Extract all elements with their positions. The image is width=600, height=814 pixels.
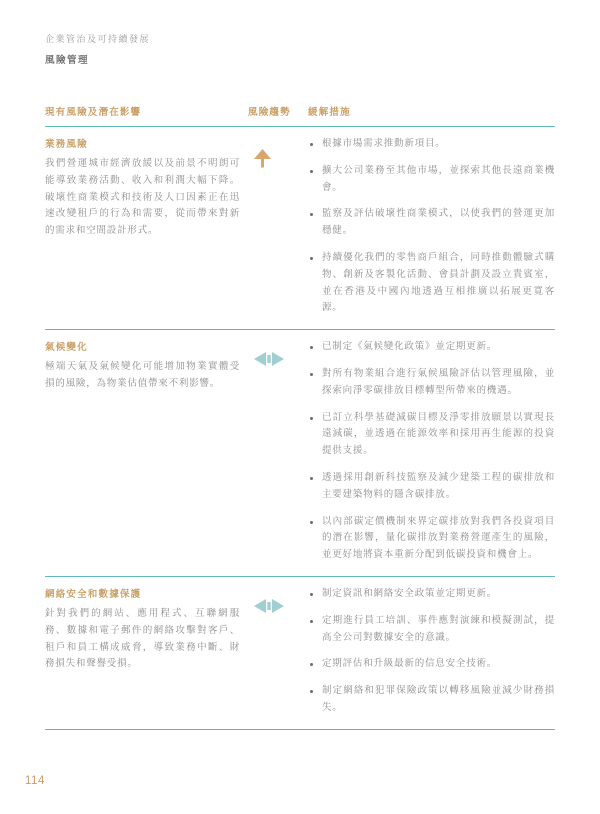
measure-item: 持續優化我們的零售商戶組合，同時推動體驗式購物、創新及客製化活動、會員計劃及設立…	[308, 250, 555, 317]
risk-title: 氣候變化	[45, 339, 240, 353]
document-header: 企業管治及可持續發展 風險管理	[45, 32, 150, 66]
measures-list: 已制定《氣候變化政策》並定期更新。 對所有物業組合進行氣候風險評估以管理風險，並…	[308, 339, 555, 564]
risk-description: 針對我們的網站、應用程式、互聯網服務、數據和電子郵件的網絡攻擊對客戶、租戶和員工…	[45, 606, 240, 673]
measure-item: 根據市場需求推動新項目。	[308, 136, 555, 153]
measure-item: 已訂立科學基礎減碳目標及淨零排放願景以實現長遠減碳，並透過在能源效率和採用再生能…	[308, 410, 555, 460]
measure-item: 以內部碳定價機制來界定碳排放對我們各投資項目的潛在影響，量化碳排放對業務營運產生…	[308, 514, 555, 564]
risk-cell: 網絡安全和數據保護 針對我們的網站、應用程式、互聯網服務、數據和電子郵件的網絡攻…	[45, 586, 240, 717]
measure-item: 透過採用創新科技監察及減少建築工程的碳排放和主要建築物料的隱含碳排放。	[308, 470, 555, 504]
arrow-up-icon	[254, 149, 308, 168]
column-header-measures: 緩解措施	[308, 104, 555, 118]
column-header-risk: 現有風險及潛在影響	[45, 104, 248, 118]
measure-item: 制定網絡和犯罪保險政策以轉移風險並減少財務損失。	[308, 683, 555, 717]
arrow-left-right-icon	[254, 599, 308, 613]
measure-item: 定期進行員工培訓、事件應對演練和模擬測試，提高全公司對數據安全的意識。	[308, 613, 555, 647]
table-row-climate-change: 氣候變化 極端天氣及氣候變化可能增加物業實體受損的風險，為物業估值帶來不利影響。…	[45, 330, 555, 577]
measure-item: 擴大公司業務至其他市場，並探索其他長遠商業機會。	[308, 163, 555, 197]
breadcrumb: 企業管治及可持續發展	[45, 32, 150, 45]
arrow-left-right-icon	[254, 352, 308, 366]
risk-cell: 業務風險 我們營運城市經濟放緩以及前景不明朗可能導致業務活動、收入和利潤大幅下降…	[45, 136, 240, 317]
measures-list: 制定資訊和網絡安全政策並定期更新。 定期進行員工培訓、事件應對演練和模擬測試，提…	[308, 586, 555, 717]
risk-title: 業務風險	[45, 136, 240, 150]
measure-item: 制定資訊和網絡安全政策並定期更新。	[308, 586, 555, 603]
page-title: 風險管理	[45, 52, 150, 66]
measure-item: 定期評估和升級最新的信息安全技術。	[308, 656, 555, 673]
trend-cell	[248, 586, 308, 717]
table-header-row: 現有風險及潛在影響 風險趨勢 緩解措施	[45, 104, 555, 127]
measures-list: 根據市場需求推動新項目。 擴大公司業務至其他市場，並探索其他長遠商業機會。 監察…	[308, 136, 555, 317]
risk-cell: 氣候變化 極端天氣及氣候變化可能增加物業實體受損的風險，為物業估值帶來不利影響。	[45, 339, 240, 564]
table-row-cyber-security: 網絡安全和數據保護 針對我們的網站、應用程式、互聯網服務、數據和電子郵件的網絡攻…	[45, 577, 555, 730]
trend-cell	[248, 339, 308, 564]
measure-item: 監察及評估破壞性商業模式，以使我們的營運更加穩健。	[308, 206, 555, 240]
measure-item: 已制定《氣候變化政策》並定期更新。	[308, 339, 555, 356]
report-page: 企業管治及可持續發展 風險管理 現有風險及潛在影響 風險趨勢 緩解措施 業務風險…	[0, 0, 600, 814]
risk-title: 網絡安全和數據保護	[45, 586, 240, 600]
measure-item: 對所有物業組合進行氣候風險評估以管理風險，並探索向淨零碳排放目標轉型所帶來的機遇…	[308, 366, 555, 400]
risk-table: 現有風險及潛在影響 風險趨勢 緩解措施 業務風險 我們營運城市經濟放緩以及前景不…	[45, 104, 555, 730]
column-header-trend: 風險趨勢	[248, 104, 308, 118]
table-row-business-risk: 業務風險 我們營運城市經濟放緩以及前景不明朗可能導致業務活動、收入和利潤大幅下降…	[45, 127, 555, 330]
risk-description: 極端天氣及氣候變化可能增加物業實體受損的風險，為物業估值帶來不利影響。	[45, 359, 240, 393]
trend-cell	[248, 136, 308, 317]
risk-description: 我們營運城市經濟放緩以及前景不明朗可能導致業務活動、收入和利潤大幅下降。破壞性商…	[45, 156, 240, 240]
page-number: 114	[25, 775, 45, 787]
